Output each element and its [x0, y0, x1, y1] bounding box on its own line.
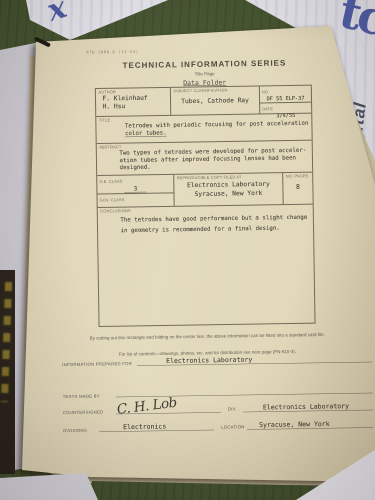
div-label: DIV. [228, 406, 237, 411]
number-value: DF 55 ELP-37 [262, 95, 309, 102]
div-line [243, 410, 373, 413]
filed-at-line: Electronics Laboratory [177, 180, 280, 190]
prepared-for-value: Electronics Laboratory [166, 356, 252, 365]
subject-label: SUBJECT CLASSIFICATION [173, 88, 256, 94]
author-cell: AUTHOR F. Kleinhauf H. Hsu [96, 88, 171, 116]
filed-at-line: Syracuse, New York [177, 189, 280, 199]
date-value: 3/4/55 [262, 112, 309, 119]
author-line: H. Hsu [99, 102, 168, 111]
table-row-author-subject-no: AUTHOR F. Kleinhauf H. Hsu SUBJECT CLASS… [96, 86, 311, 117]
divisions-value: Electronics [123, 423, 166, 431]
gov-class-label: GOV. CLASS [100, 198, 125, 203]
date-subcell: DATE 3/4/55 [260, 103, 311, 120]
pages-value: 8 [286, 183, 310, 191]
countersigned-label: COUNTERSIGNED [63, 409, 104, 415]
fold-instruction-note: By cutting out this rectangle and foldin… [87, 331, 328, 341]
title-line: color tubes. [99, 127, 309, 138]
number-date-cell: NO. DF 55 ELP-37 DATE 3/4/55 [260, 86, 311, 114]
abstract-line: Two types of tetrodes were developed for… [99, 146, 309, 157]
author-label: AUTHOR [98, 89, 167, 95]
abstract-label: ABSTRACT [99, 142, 309, 150]
photo-scene: x tc Digital RTD-1008-D (12-54) TECHNICA… [0, 0, 375, 500]
prepared-for-row: INFORMATION PREPARED FOR Electronics Lab… [62, 355, 372, 369]
spine-text-marks [1, 282, 12, 402]
countersigned-signature: C. H. Lob [116, 395, 177, 418]
tests-made-line [116, 393, 373, 398]
countersigned-row: COUNTERSIGNED C. H. Lob DIV. Electronics… [63, 403, 373, 417]
location-label: LOCATION [221, 424, 244, 429]
abstract-line: designed. [100, 161, 310, 172]
table-row-abstract: ABSTRACT Two types of tetrodes were deve… [97, 141, 312, 176]
pages-label: NO. PAGES [286, 174, 310, 179]
number-label: NO. [262, 90, 269, 95]
author-line: F. Kleinhauf [98, 93, 167, 102]
title-line: Tetrodes with periodic focusing for post… [99, 119, 309, 130]
conclusions-line: in geometry is recommended for a final d… [101, 224, 311, 235]
tests-made-label: TESTS MADE BY [63, 394, 100, 400]
prepared-for-line [137, 362, 372, 366]
class-cell: G.E. CLASS 3 GOV. CLASS [97, 175, 174, 207]
prepared-for-label: INFORMATION PREPARED FOR [62, 361, 132, 367]
ge-class-subcell: G.E. CLASS 3 [97, 175, 173, 195]
countersigned-line [116, 412, 221, 414]
title-label: TITLE [99, 115, 309, 123]
ge-class-label: G.E. CLASS [99, 179, 122, 184]
conclusions-label: CONCLUSIONS [100, 206, 310, 214]
location-line [247, 427, 373, 429]
filed-at-cell: REPRODUCIBLE COPY FILED AT Electronics L… [174, 173, 283, 206]
page-title: TECHNICAL INFORMATION SERIES [64, 58, 344, 71]
number-subcell: NO. DF 55 ELP-37 [260, 86, 311, 104]
pages-cell: NO. PAGES 8 [283, 173, 312, 204]
gov-class-subcell: GOV. CLASS [97, 193, 173, 207]
document-page: RTD-1008-D (12-54) TECHNICAL INFORMATION… [0, 0, 375, 500]
table-row-class-filed-pages: G.E. CLASS 3 GOV. CLASS REPRODUCIBLE COP… [97, 173, 312, 208]
divisions-row: DIVISIONS Electronics LOCATION Syracuse,… [63, 421, 373, 435]
book-spine [0, 270, 15, 474]
data-folder-heading: Data Folder [65, 77, 345, 89]
subject-cell: SUBJECT CLASSIFICATION Tubes, Cathode Ra… [171, 86, 260, 114]
page-subtitle: Title Page [65, 69, 345, 78]
tests-made-row: TESTS MADE BY [63, 387, 373, 401]
information-table: AUTHOR F. Kleinhauf H. Hsu SUBJECT CLASS… [95, 85, 316, 327]
table-row-conclusions: CONCLUSIONS The tetrodes have good perfo… [98, 205, 315, 326]
form-number: RTD-1008-D (12-54) [86, 49, 138, 54]
location-value: Syracuse, New York [259, 420, 330, 429]
divisions-label: DIVISIONS [63, 428, 87, 433]
div-value: Electronics Laboratory [263, 403, 349, 412]
contents-note: For list of contents—drawings, photos, e… [87, 348, 328, 358]
date-label: DATE [262, 107, 273, 112]
divisions-line [99, 430, 214, 432]
conclusions-line: The tetrodes have good performance but a… [100, 213, 310, 224]
table-row-title: TITLE Tetrodes with periodic focusing fo… [96, 114, 311, 144]
abstract-line: ation tubes after improved focusing lens… [99, 154, 309, 165]
ge-class-value: 3 [124, 185, 146, 193]
filed-at-label: REPRODUCIBLE COPY FILED AT [177, 174, 280, 180]
document-content: RTD-1008-D (12-54) TECHNICAL INFORMATION… [34, 31, 375, 489]
subject-value: Tubes, Cathode Ray [173, 96, 256, 105]
